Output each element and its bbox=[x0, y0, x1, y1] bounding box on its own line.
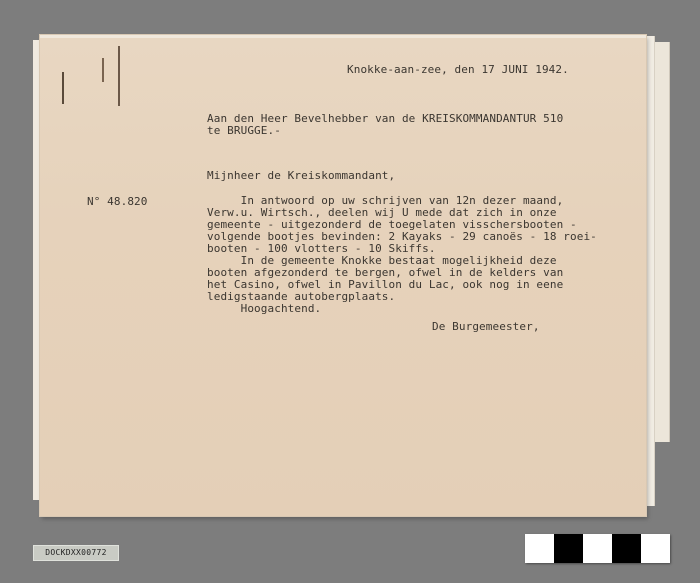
scale-patch-white bbox=[525, 534, 554, 563]
salutation: Mijnheer de Kreiskommandant, bbox=[207, 170, 395, 182]
body-line: In de gemeente Knokke bestaat mogelijkhe… bbox=[207, 255, 557, 267]
scale-patch-white bbox=[583, 534, 612, 563]
archive-identifier-label: DOCKDXX00772 bbox=[33, 545, 119, 561]
body-line: booten - 100 vlotters - 10 Skiffs. bbox=[207, 243, 436, 255]
reference-number: N° 48.820 bbox=[87, 196, 148, 208]
body-line: ledigstaande autobergplaats. bbox=[207, 291, 395, 303]
body-line: volgende bootjes bevinden: 2 Kayaks - 29… bbox=[207, 231, 597, 243]
body-line: gemeente - uitgezonderd de toegelaten vi… bbox=[207, 219, 577, 231]
body-line: het Casino, ofwel in Pavillon du Lac, oo… bbox=[207, 279, 563, 291]
body-line: Verw.u. Wirtsch., deelen wij U mede dat … bbox=[207, 207, 557, 219]
scale-patch-white bbox=[641, 534, 670, 563]
place-date: Knokke-aan-zee, den 17 JUNI 1942. bbox=[347, 64, 569, 76]
closing: Hoogachtend. bbox=[207, 303, 321, 315]
addressee-line-1: Aan den Heer Bevelhebber van de KREISKOM… bbox=[207, 113, 563, 125]
staple-mark bbox=[62, 72, 64, 104]
letter-page: Knokke-aan-zee, den 17 JUNI 1942. Aan de… bbox=[40, 35, 646, 516]
underlying-sheet-2 bbox=[655, 42, 670, 442]
addressee-line-2: te BRUGGE.- bbox=[207, 125, 281, 137]
staple-mark bbox=[102, 58, 104, 82]
color-scale-bar bbox=[525, 534, 670, 563]
signature-title: De Burgemeester, bbox=[432, 321, 540, 333]
body-line: booten afgezonderd te bergen, ofwel in d… bbox=[207, 267, 563, 279]
staple-mark bbox=[118, 46, 120, 106]
body-line: In antwoord op uw schrijven van 12n deze… bbox=[207, 195, 563, 207]
scale-patch-black bbox=[554, 534, 583, 563]
scale-patch-black bbox=[612, 534, 641, 563]
